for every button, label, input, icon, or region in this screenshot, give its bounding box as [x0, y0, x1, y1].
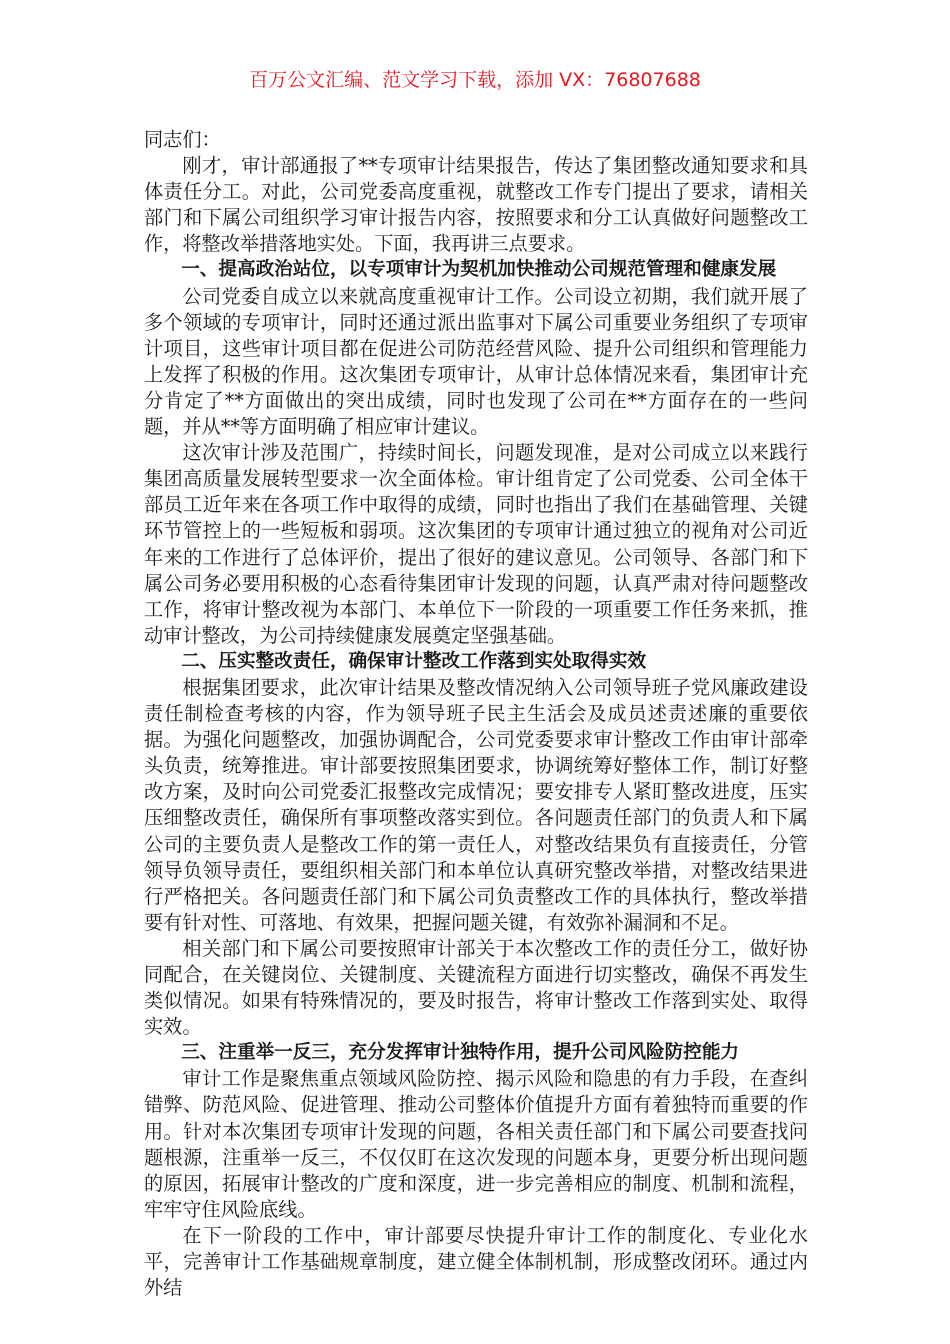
section-heading-3: 三、注重举一反三，充分发挥审计独特作用，提升公司风险防控能力	[144, 1040, 808, 1066]
paragraph: 公司党委自成立以来就高度重视审计工作。公司设立初期，我们就开展了多个领域的专项审…	[144, 284, 808, 441]
document-body: 同志们： 刚才，审计部通报了**专项审计结果报告，传达了集团整改通知要求和具体责…	[144, 127, 808, 1301]
paragraph: 根据集团要求，此次审计结果及整改情况纳入公司领导班子党风廉政建设责任制检查考核的…	[144, 675, 808, 936]
paragraph: 这次审计涉及范围广，持续时间长，问题发现准，是对公司成立以来践行集团高质量发展转…	[144, 440, 808, 649]
section-heading-2: 二、压实整改责任，确保审计整改工作落到实处取得实效	[144, 649, 808, 675]
watermark-banner: 百万公文汇编、范文学习下载，添加 VX：76807688	[0, 66, 950, 94]
paragraph-intro: 刚才，审计部通报了**专项审计结果报告，传达了集团整改通知要求和具体责任分工。对…	[144, 153, 808, 257]
section-heading-1: 一、提高政治站位，以专项审计为契机加快推动公司规范管理和健康发展	[144, 257, 808, 283]
salutation: 同志们：	[144, 127, 808, 153]
paragraph: 相关部门和下属公司要按照审计部关于本次整改工作的责任分工，做好协同配合，在关键岗…	[144, 936, 808, 1040]
paragraph: 在下一阶段的工作中，审计部要尽快提升审计工作的制度化、专业化水平，完善审计工作基…	[144, 1223, 808, 1301]
paragraph: 审计工作是聚焦重点领域风险防控、揭示风险和隐患的有力手段，在查纠错弊、防范风险、…	[144, 1066, 808, 1223]
document-page: 百万公文汇编、范文学习下载，添加 VX：76807688 同志们： 刚才，审计部…	[0, 0, 950, 1344]
